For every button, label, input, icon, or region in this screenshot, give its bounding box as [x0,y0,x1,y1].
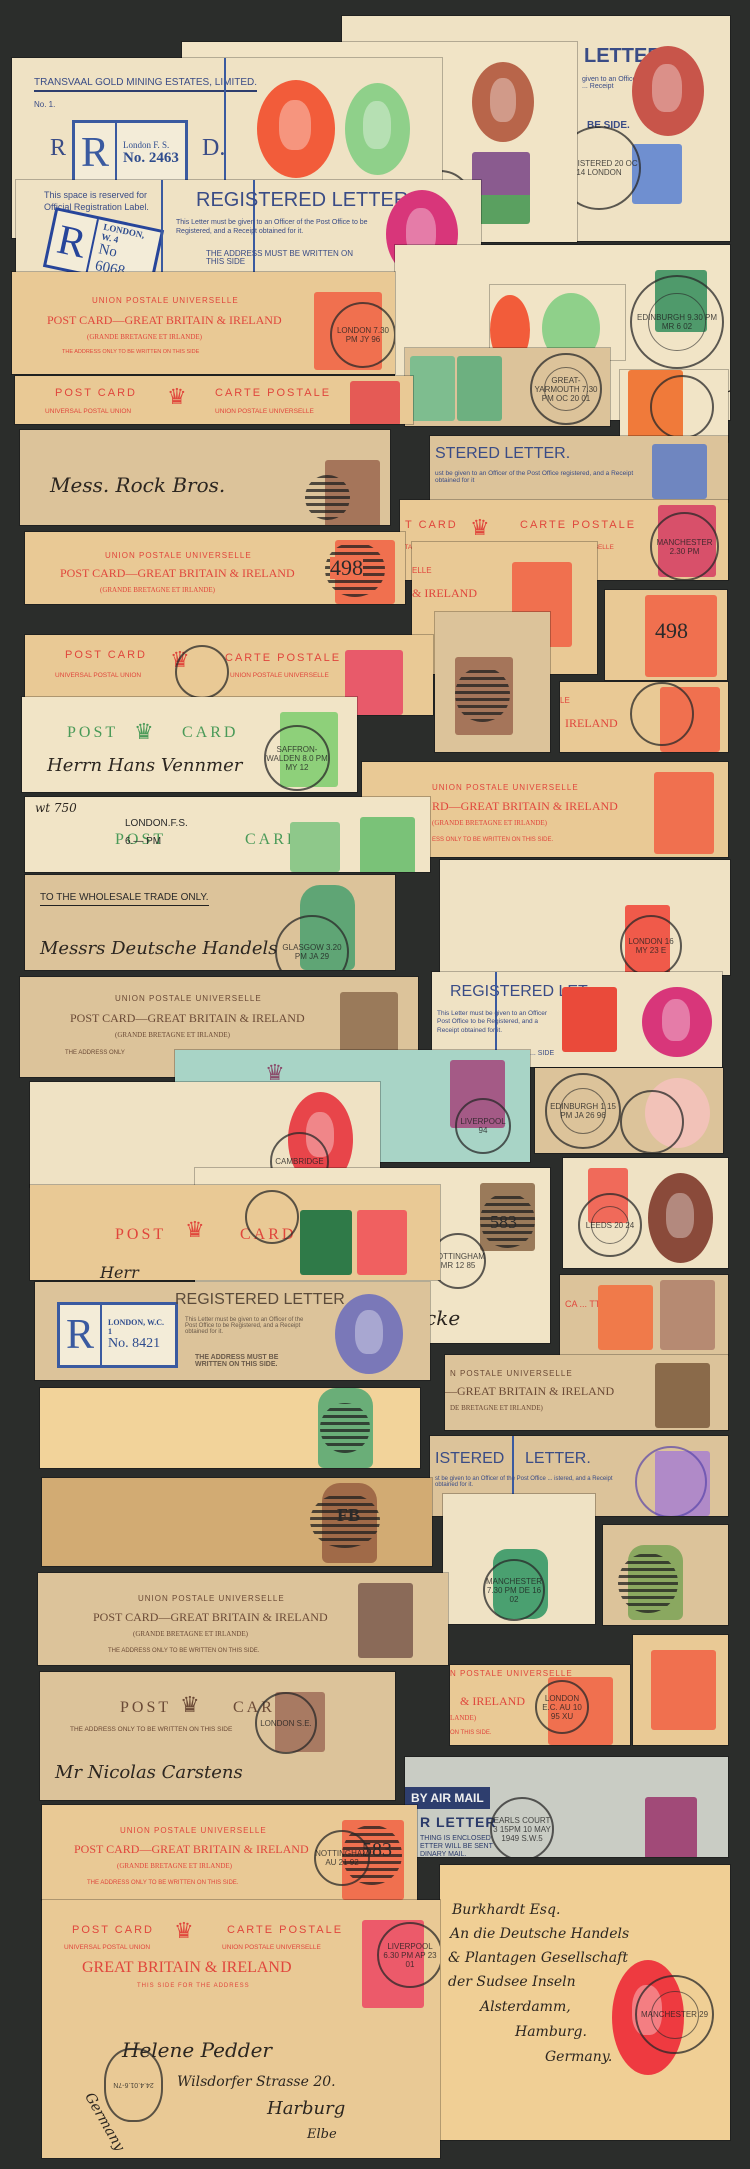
numeral-cancel [455,667,510,722]
handwriting: Herr [100,1265,139,1280]
green-wrapper-2 [603,1525,728,1625]
line-post-card: T CARD [405,520,458,531]
line-upu: UNION POSTALE UNIVERSELLE [105,552,252,560]
line-lande: LANDE) [450,1715,476,1722]
postmark-glasgow: GLASGOW 3.20 PM JA 29 [275,915,349,970]
numeral-cancel [305,475,350,520]
line-upu: UNION POSTALE UNIVERSELLE [138,1595,285,1603]
postmark-ramsbottom [630,682,694,746]
halfpenny-green-stamp-icon [345,83,410,175]
postcard-498-right: 498 [605,590,727,680]
reg-number: No. 2463 [123,150,179,167]
registered-letter-fragment: STERED LETTER. ust be given to an Office… [430,436,728,502]
line-upu-fr: UNION POSTALE UNIVERSELLE [222,1945,321,1952]
green-wrapper [40,1388,420,1468]
postmark-london: LONDON 16 MY 23 E [620,915,682,975]
red-one-penny-stamp-icon [651,1650,716,1730]
line-post: POST [67,725,118,741]
line-upu-fr: UNION POSTALE UNIVERSELLE [230,673,329,680]
green-postcard-saffron: POST ♛ CARD Herrn Hans Vennmer SAFFRON-W… [22,697,357,792]
postmark-nottingham: NOTTINGHAM AU 21 92 [314,1830,370,1886]
postcard-london-se: POST ♛ CARD THE ADDRESS ONLY TO BE WRITT… [40,1672,395,1800]
line-le: LE [560,697,570,705]
royal-crest-icon: ♛ [167,384,187,410]
handwriting: Mr Nicolas Carstens [55,1764,243,1782]
line-card: CARD [182,725,238,741]
postmark-liverpool: LIVERPOOL 6.30 PM AP 23 01 [377,1922,440,1988]
card-fragment-halfpenny: CA ... TTEN ON [560,1275,728,1355]
air-letter-title: R LETTER [420,1815,496,1829]
line-upu-en: UNIVERSAL POSTAL UNION [45,409,131,416]
postmark-golders-green [245,1190,299,1244]
line-post-card: RD—GREAT BRITAIN & IRELAND [432,800,618,812]
royal-crest-icon: ♛ [180,1692,200,1718]
line-address: THE ADDRESS ONLY [65,1050,125,1056]
orange-jubilee-stamp-icon [598,1285,653,1350]
line-address-side: THIS SIDE FOR THE ADDRESS [137,1983,250,1989]
numeral-583: 583 [490,1213,517,1231]
registered-instructions: This Letter must be given to an Officer … [437,1010,557,1035]
line-carte-postale: CARTE POSTALE [520,520,636,531]
line-upu: UNION POSTALE UNIVERSELLE [120,1827,267,1835]
halfpenny-wrapper-fb [435,612,550,752]
line-post-card: POST CARD [55,388,137,399]
address-note: THE ADDRESS MUST BE WRITTEN ON THIS SIDE… [195,1354,305,1368]
orange-stamp-piece [620,370,728,442]
line-grande: (GRANDE BRETAGNE ET IRLANDE) [432,820,547,827]
postmark-manchester: MANCHESTER 7.30 PM DE 16 02 [483,1559,545,1621]
post-card-golders-green: POST ♛ CARD Herr [30,1185,440,1280]
royal-crest-icon: ♛ [174,1918,194,1944]
brown-embossed-stamp-icon [648,1173,713,1263]
upu-postcard-brown-3: UNION POSTALE UNIVERSELLE POST CARD—GREA… [38,1573,448,1665]
postmark-manchester: MANCHESTER 2.30 PM [650,512,719,580]
line-address: THE ADDRESS ONLY TO BE WRITTEN ON THIS S… [62,350,199,356]
registered-title-2: LETTER. [525,1451,591,1467]
postmark-london-chief [635,1446,707,1516]
claret-6d-stamp-icon [645,1797,697,1857]
red-stamp-icon [350,381,400,424]
great-yarmouth-piece: GREAT-YARMOUTH 7.30 PM OC 20 01 [405,348,610,426]
handwriting-4: der Sudsee Inseln [448,1975,576,1989]
line-elle: ELLE [412,567,432,575]
handwriting-5: Alsterdamm, [480,2000,571,2014]
postmark-manchester: MANCHESTER 29 [635,1975,714,2054]
handwriting-city: Harburg [267,2100,345,2118]
line-carte-postale: CARTE POSTALE [225,653,341,664]
registered-instructions: This Letter must be given to an Officer … [185,1317,315,1335]
line-post-card: POST CARD—GREAT BRITAIN & IRELAND [60,567,295,579]
line-post-card: POST CARD—GREAT BRITAIN & IRELAND [47,314,282,326]
leeds-piece: LEEDS 20 24 [563,1158,728,1268]
postmark-peckham [650,375,714,439]
line-post: POST [115,1227,166,1243]
handwriting: cke [425,1308,460,1328]
postmark-london-ec: LONDON E.C. AU 10 95 XU [535,1680,589,1734]
divider-1 [161,180,163,280]
registration-label: R LONDON, W.C. 1 No. 8421 [57,1302,178,1368]
line-upu: UNION POSTALE UNIVERSELLE [115,995,262,1003]
postcard-helene: POST CARD ♛ CARTE POSTALE UNIVERSAL POST… [42,1900,440,2158]
four-pence-stamp-icon [257,80,335,178]
line-address: ON THIS SIDE. [450,1730,492,1736]
line-ireland: & IRELAND [412,587,477,599]
numeral-498: 498 [655,620,688,642]
line-post-card: POST CARD—GREAT BRITAIN & IRELAND [93,1611,328,1623]
upu-postcard-xu: N POSTALE UNIVERSELLE & IRELAND LANDE) O… [450,1665,630,1745]
handwriting-1: Burkhardt Esq. [452,1903,560,1917]
line-ireland: IRELAND [565,717,618,729]
line-address: THE ADDRESS ONLY TO BE WRITTEN ON THIS S… [87,1880,238,1886]
line-post-card: POST CARD [65,650,147,661]
royal-crest-icon: ♛ [185,1217,205,1243]
postmark-london-se: LONDON S.E. [255,1692,317,1754]
cancel-bars [320,1403,370,1453]
registered-d-partial: D. [202,136,225,160]
registered-title: REGISTERED LETTER. [196,190,414,210]
registered-instructions: ust be given to an Officer of the Post O… [435,471,635,484]
upu-postcard-498: UNION POSTALE UNIVERSELLE POST CARD—GREA… [25,532,405,604]
annotation: wt 750 [35,802,77,814]
brown-postage-stamp-icon [655,1363,710,1428]
postmark-yarmouth: GREAT-YARMOUTH 7.30 PM OC 20 01 [530,353,602,425]
line-upu-fr: UNION POSTALE UNIVERSELLE [215,409,314,416]
company-subheader: No. 1. [34,101,55,109]
line-carte-postale: CARTE POSTALE [215,388,331,399]
handwriting-street: Wilsdorfer Strasse 20. [177,2075,336,2089]
line-upu-en: UNIVERSAL POSTAL UNION [64,1945,150,1952]
one-penny-oval-stamp-icon [632,46,704,136]
line-address: THE ADDRESS ONLY TO BE WRITTEN ON THIS S… [70,1727,232,1734]
handwriting-elbe: Elbe [307,2128,337,2141]
machine-cancel: LONDON.F.S. 6.— PM [125,815,195,851]
postcard-manchester: POST CARD ♛ CARTE POSTALE UNIVERSAL POST… [15,376,413,424]
handwriting-2: An die Deutsche Handels [450,1927,629,1941]
postmark-hamburg: 24.4.01.6-7N [104,2048,163,2122]
line-post-card: POST CARD—GREAT BRITAIN & IRELAND [70,1012,305,1024]
numeral-fb: FB [337,1506,360,1524]
reg-office: LONDON, W.C. 1 [108,1318,169,1336]
air-note-2: ETTER WILL BE SENT [420,1843,493,1850]
green-stamp-1-icon [290,822,340,872]
line-carte-postale: CARTE POSTALE [227,1925,343,1936]
handwriting-3: & Plantagen Gesellschaft [448,1951,628,1965]
royal-crest-icon: ♛ [470,515,490,541]
upu-postcard-london-96: UNION POSTALE UNIVERSELLE POST CARD—GREA… [12,272,395,374]
postmark-saffron: SAFFRON-WALDEN 8.0 PM MY 12 [264,725,330,791]
registered-instructions: st be given to an Officer of the Post Of… [435,1476,615,1488]
edinburgh-yarmouth-piece: EDINBURGH 1 15 PM JA 26 96 [535,1068,723,1153]
handwriting: Messrs Deutsche Handels [40,940,278,958]
line-upu: UNION POSTALE UNIVERSELLE [92,297,239,305]
postmark-edinburgh: EDINBURGH 1 15 PM JA 26 96 [545,1073,621,1149]
line-grande: DE BRETAGNE ET IRLANDE) [450,1405,543,1412]
line-gb-ireland: GREAT BRITAIN & IRELAND [82,1960,292,1976]
green-stamp-1-icon [410,356,455,421]
wholesale-trade-wrapper: TO THE WHOLESALE TRADE ONLY. Messrs Deut… [25,875,395,970]
postmark-liverpool: LIVERPOOL 94 [455,1098,511,1154]
line-grande: (GRANDE BRETAGNE ET IRLANDE) [87,334,202,341]
green-card-london-fs: wt 750 POST CARD LONDON.F.S. 6.— PM [25,797,430,872]
postmark-london: LONDON 7.30 PM JY 96 [330,302,395,368]
brown-oval-stamp-icon [472,62,534,142]
brown-one-penny-stamp-icon [358,1583,413,1658]
registered-letter-wc1: R LONDON, W.C. 1 No. 8421 REGISTERED LET… [35,1282,430,1380]
line-upu: UNION POSTALE UNIVERSELLE [432,784,579,792]
registration-r: R [60,1305,102,1365]
blue-violet-stamp-icon [335,1294,403,1374]
london-1923-wrapper: LONDON 16 MY 23 E [440,860,730,975]
cancel-bars [618,1553,678,1613]
address-handwriting: Mess. Rock Bros. [50,475,225,495]
red-one-penny-stamp-icon [357,1210,407,1275]
postmark-lauterburg [175,645,229,699]
registered-r-partial: R [50,136,66,160]
green-stamp-2-icon [457,356,502,421]
registered-title: STERED LETTER. [435,446,570,462]
magenta-stamp-icon [642,987,712,1057]
brown-halfpenny-stamp-icon [660,1280,715,1350]
purple-on-blue-stamp-icon [652,444,707,499]
registration-label: R London F. S. No. 2463 [72,120,188,186]
line-grande: (GRANDE BRETAGNE ET IRLANDE) [133,1631,248,1638]
line-grande: (GRANDE BRETAGNE ET IRLANDE) [115,1032,230,1039]
postcard-london-my [633,1635,728,1745]
line-post-card: POST CARD—GREAT BRITAIN & IRELAND [74,1843,309,1855]
registered-title: ISTERED [435,1451,504,1467]
wholesale-header: TO THE WHOLESALE TRADE ONLY. [40,893,209,906]
registered-instructions: This Letter must be given to an Officer … [176,218,386,236]
brown-wrapper-fb: FB [42,1478,432,1566]
registered-title: REGISTERED LETTER [175,1292,345,1308]
line-post: POST [120,1700,171,1716]
handwriting: Herrn Hans Vennmer [47,757,242,775]
line-post-card: POST CARD [72,1925,154,1936]
numeral-498: 498 [330,557,363,579]
upu-postcard-brown-2: N POSTALE UNIVERSELLE —GREAT BRITAIN & I… [445,1355,728,1430]
airmail-label: BY AIR MAIL [405,1787,490,1809]
line-address: THE ADDRESS ONLY TO BE WRITTEN ON THIS S… [108,1648,259,1654]
registration-label: R LONDON, W. 4 No 6068 [43,207,164,280]
line-address: ESS ONLY TO BE WRITTEN ON THIS SIDE. [432,837,553,843]
reg-office: London F. S. [123,140,179,150]
green-stamp-2-icon [360,817,415,872]
wrapper-burkhardt: Burkhardt Esq. An die Deutsche Handels &… [440,1865,730,2140]
reg-number: No. 8421 [108,1336,169,1352]
postcard-ramsbottom: LE IRELAND [560,682,728,752]
handwriting-7: Germany. [545,2050,612,2064]
red-george-v-stamp-icon [562,987,617,1052]
line-upu-en: UNIVERSAL POSTAL UNION [55,673,141,680]
halfpenny-wrapper-rock: Mess. Rock Bros. [20,430,390,525]
green-edward-viii-stamp-icon [300,1210,352,1275]
air-note-1: THING IS ENCLOSED [420,1835,491,1842]
royal-crest-icon: ♛ [134,719,154,745]
manchester-green-card: MANCHESTER 7.30 PM DE 16 02 [443,1494,595,1624]
address-note: THE ADDRESS MUST BE WRITTEN ON THIS SIDE [206,250,356,266]
postmark-edinburgh: EDINBURGH 9.30 PM MR 6 02 [630,275,724,369]
handwriting-6: Hamburg. [515,2025,587,2039]
postmark-earls-court: EARLS COURT 3 15PM 10 MAY 1949 S.W.5 [490,1797,554,1857]
line-grande: (GRANDE BRETAGNE ET IRLANDE) [100,587,215,594]
line-post-card: —GREAT BRITAIN & IRELAND [445,1385,614,1397]
line-upu: N POSTALE UNIVERSELLE [450,1370,573,1378]
registration-r: R [75,123,117,183]
postmark-yarmouth [620,1090,684,1153]
line-ireland: & IRELAND [460,1695,525,1707]
postmark-leeds: LEEDS 20 24 [578,1193,642,1257]
red-stamp-icon [654,772,714,854]
air-note-3: DINARY MAIL. [420,1851,466,1857]
air-letter: BY AIR MAIL R LETTER THING IS ENCLOSED E… [405,1757,728,1857]
upu-postcard-583: UNION POSTALE UNIVERSELLE POST CARD—GREA… [42,1805,417,1900]
line-grande: (GRANDE BRETAGNE ET IRLANDE) [117,1863,232,1870]
